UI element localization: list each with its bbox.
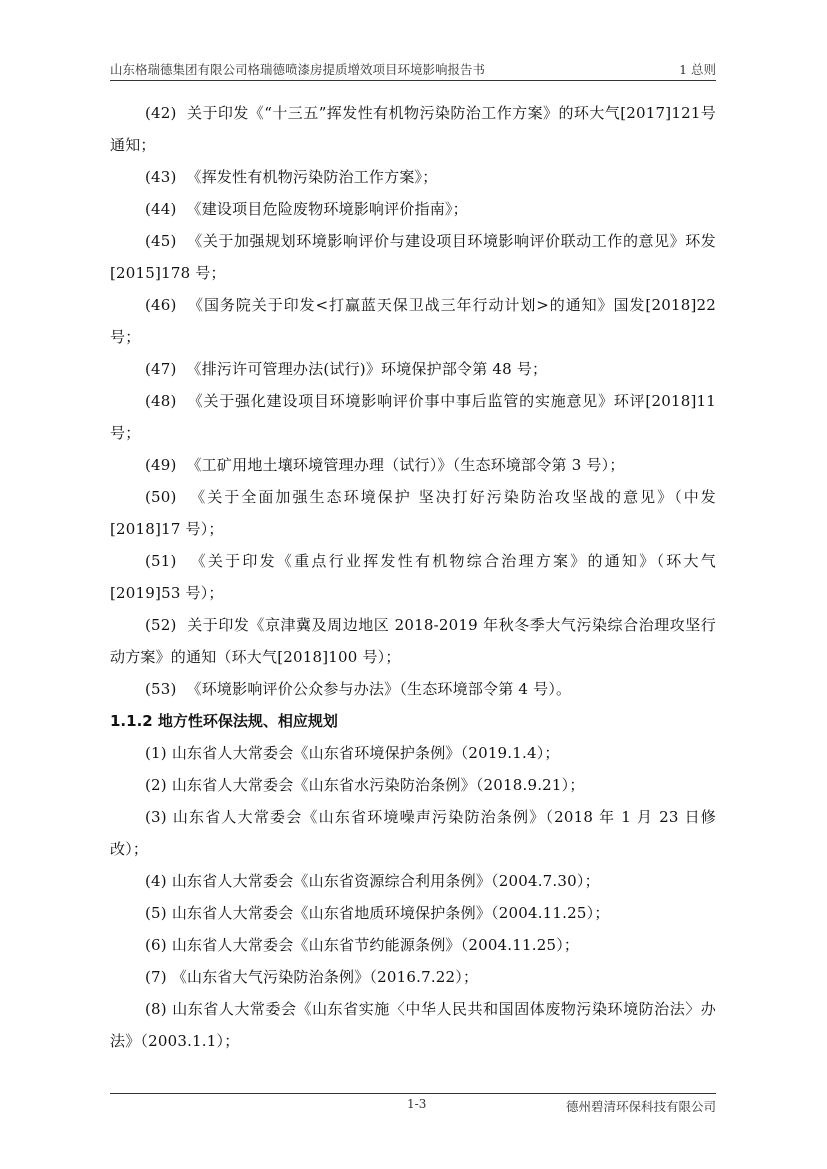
list-item: (49) 《工矿用地土壤环境管理办理（试行）》（生态环境部令第 3 号）； (110, 449, 716, 481)
page-header: 山东格瑞德集团有限公司格瑞德喷漆房提质增效项目环境影响报告书 1 总则 (110, 58, 716, 81)
chapter-label: 1 总则 (679, 60, 716, 78)
list-item: (8) 山东省人大常委会《山东省实施〈中华人民共和国固体废物污染环境防治法〉办法… (110, 993, 716, 1057)
list-item: (45) 《关于加强规划环境影响评价与建设项目环境影响评价联动工作的意见》环发[… (110, 225, 716, 289)
list-item: (44) 《建设项目危险废物环境影响评价指南》； (110, 193, 716, 225)
company-name: 德州碧清环保科技有限公司 (566, 1097, 716, 1115)
national-regulations-list: (42) 关于印发《“十三五”挥发性有机物污染防治工作方案》的环大气[2017]… (110, 97, 716, 705)
list-item: (7) 《山东省大气污染防治条例》（2016.7.22）； (110, 961, 716, 993)
list-item: (50) 《关于全面加强生态环境保护 坚决打好污染防治攻坚战的意见》（中发[20… (110, 481, 716, 545)
list-item: (52) 关于印发《京津冀及周边地区 2018-2019 年秋冬季大气污染综合治… (110, 609, 716, 673)
list-item: (6) 山东省人大常委会《山东省节约能源条例》（2004.11.25）； (110, 929, 716, 961)
list-item: (5) 山东省人大常委会《山东省地质环境保护条例》（2004.11.25）； (110, 897, 716, 929)
list-item: (53) 《环境影响评价公众参与办法》（生态环境部令第 4 号）。 (110, 673, 716, 705)
list-item: (4) 山东省人大常委会《山东省资源综合利用条例》（2004.7.30）； (110, 865, 716, 897)
list-item: (47) 《排污许可管理办法(试行)》环境保护部令第 48 号； (110, 353, 716, 385)
document-title: 山东格瑞德集团有限公司格瑞德喷漆房提质增效项目环境影响报告书 (110, 60, 485, 78)
list-item: (48) 《关于强化建设项目环境影响评价事中事后监管的实施意见》环评[2018]… (110, 385, 716, 449)
section-heading: 1.1.2 地方性环保法规、相应规划 (110, 705, 716, 737)
list-item: (3) 山东省人大常委会《山东省环境噪声污染防治条例》（2018 年 1 月 2… (110, 801, 716, 865)
page-number: 1-3 (407, 1097, 426, 1111)
list-item: (42) 关于印发《“十三五”挥发性有机物污染防治工作方案》的环大气[2017]… (110, 97, 716, 161)
list-item: (1) 山东省人大常委会《山东省环境保护条例》（2019.1.4）； (110, 737, 716, 769)
page-footer: 1-3 德州碧清环保科技有限公司 (110, 1093, 716, 1116)
list-item: (46) 《国务院关于印发<打赢蓝天保卫战三年行动计划>的通知》国发[2018]… (110, 289, 716, 353)
list-item: (2) 山东省人大常委会《山东省水污染防治条例》（2018.9.21）； (110, 769, 716, 801)
list-item: (51) 《关于印发《重点行业挥发性有机物综合治理方案》的通知》（环大气[201… (110, 545, 716, 609)
local-regulations-list: (1) 山东省人大常委会《山东省环境保护条例》（2019.1.4）； (2) 山… (110, 737, 716, 1057)
page-body: (42) 关于印发《“十三五”挥发性有机物污染防治工作方案》的环大气[2017]… (110, 97, 716, 1057)
list-item: (43) 《挥发性有机物污染防治工作方案》； (110, 161, 716, 193)
